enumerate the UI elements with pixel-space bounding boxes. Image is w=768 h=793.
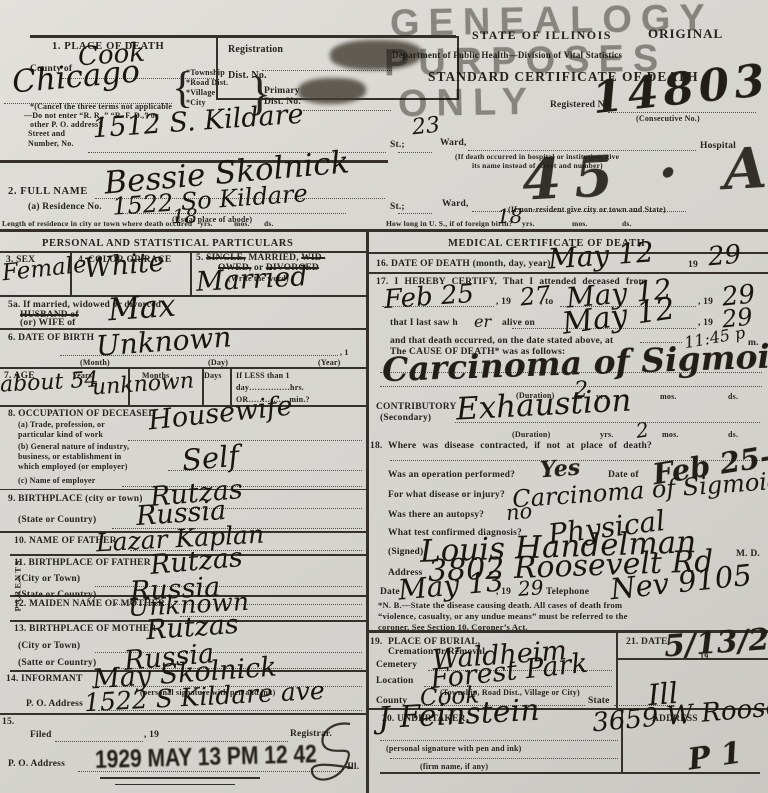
father-birthplace-label: 11. BIRTHPLACE OF FATHER	[14, 558, 151, 568]
city-value: Chicago	[11, 56, 141, 98]
attended-to-19: , 19	[698, 297, 713, 307]
date-of-death-value: May 12	[547, 238, 654, 273]
burial-date-19: 19	[700, 652, 708, 661]
where-contracted-no: 18.	[370, 441, 382, 451]
contributory-duration-mos-value: 2	[635, 419, 650, 441]
contributory-value: Exhaustion	[455, 385, 632, 425]
rule	[0, 713, 366, 715]
genealogy-stamp-line3: ONLY	[398, 81, 537, 126]
autopsy-value: no	[505, 501, 533, 524]
date-of-death-19: 19	[688, 260, 698, 270]
us-length-label: How long in U. S., if of foreign birth?	[386, 219, 513, 228]
father-city-note: (City or Town)	[18, 574, 80, 584]
filed-no: 15.	[2, 717, 14, 727]
occupation-b1: (b) General nature of industry,	[18, 442, 129, 451]
mother-country-note: (Satte or Country)	[18, 658, 96, 668]
genealogy-stamp-line2: PURPOSES	[384, 38, 668, 86]
occupation-b2: business, or establishment in	[18, 452, 121, 461]
burial-date-label: 21. DATE	[626, 637, 668, 647]
nb-note-3: coroner. See Section 10, Coroner’s Act.	[378, 622, 528, 632]
where-contracted-label: Where was disease contracted, if not at …	[388, 441, 652, 451]
last-saw-19: , 19	[698, 318, 713, 328]
date-of-death-year: 29	[707, 242, 742, 271]
full-name-label: 2. FULL NAME	[8, 186, 88, 197]
nb-note-2: “violence, casualty, or any undue means”…	[378, 611, 628, 621]
less-than-note2: day……………hrs.	[236, 383, 304, 392]
death-certificate-document: 1. PLACE OF DEATH Registration Dist. No.…	[0, 0, 768, 793]
nonresident-note: (If non-resident give city or town and S…	[508, 205, 666, 214]
residence-length-label: Length of residence in city or town wher…	[2, 219, 192, 228]
ward-label-2: Ward,	[442, 199, 469, 209]
residence-length-value: 18	[172, 206, 197, 226]
street-label-1: Street and	[28, 129, 65, 138]
rule	[0, 295, 366, 297]
attended-from-19: , 19	[496, 297, 511, 307]
rule	[0, 229, 768, 232]
marital-no: 5.	[196, 253, 204, 263]
informant-po-label: P. O. Address	[26, 699, 83, 709]
occupation-label: 8. OCCUPATION OF DECEASED	[8, 409, 155, 419]
age-value: about 54	[0, 369, 99, 396]
contributory-label2: (Secondary)	[380, 413, 431, 423]
nb-note-1: *N. B.—State the disease causing death. …	[378, 600, 622, 610]
undertaker-mark: P 1	[686, 738, 744, 775]
duration2-ds: ds.	[728, 430, 738, 439]
contributory-label1: CONTRIBUTORY	[376, 402, 457, 412]
days-label: Days	[204, 371, 222, 380]
to-label: , to	[540, 297, 553, 307]
burial-location-label: Location	[376, 676, 414, 686]
ds-label: ds.	[264, 219, 274, 228]
st-label-2: St.;	[390, 202, 405, 212]
dotted-line	[398, 213, 432, 214]
dotted-line	[380, 740, 618, 741]
autopsy-label: Was there an autopsy?	[388, 510, 484, 520]
marital-value: Married	[195, 263, 308, 296]
last-saw-label2: alive on	[502, 318, 535, 328]
race-value: White	[83, 249, 166, 283]
disease-injury-label: For what disease or injury?	[388, 490, 505, 500]
cemetery-label: Cemetery	[376, 660, 417, 670]
duration2-mos: mos.	[662, 430, 679, 439]
last-saw-er: er	[474, 314, 491, 330]
filed-po-label: P. O. Address	[8, 759, 65, 769]
rule	[115, 784, 235, 785]
operation-label: Was an operation performed?	[388, 470, 515, 480]
month-note: (Month)	[80, 358, 110, 367]
filed-label: Filed	[30, 730, 52, 740]
dob-one: , 1	[340, 348, 349, 357]
occupation-b3: which employed (or employer)	[18, 462, 128, 471]
telephone-label: Telephone	[546, 587, 589, 597]
birthplace-label: 9. BIRTHPLACE (city or town)	[8, 494, 143, 504]
burial-no: 19.	[370, 637, 382, 647]
dotted-line	[55, 741, 143, 742]
township-option: *Township	[186, 68, 225, 77]
day-note: (Day)	[208, 358, 228, 367]
undertaker-signature: J Feinstein	[377, 696, 540, 734]
date-of-death-label: 16. DATE OF DEATH (month, day, year)	[376, 259, 551, 269]
burial-date-value: 5/13/29	[663, 624, 768, 663]
residence-label: (a) Residence No.	[28, 202, 102, 212]
occupation-value: Housewife	[147, 393, 294, 435]
duration2-label: (Duration)	[512, 430, 550, 439]
informant-label: 14. INFORMANT	[6, 674, 83, 684]
burial-state-label: State	[588, 696, 610, 706]
us-length-value: 18	[497, 206, 522, 226]
birthplace-country-label: (State or Country)	[18, 515, 96, 525]
rule	[190, 252, 192, 295]
mother-city-note: (City or Town)	[18, 641, 80, 651]
consecutive-note: (Consecutive No.)	[636, 114, 700, 123]
mos-label: mos.	[234, 219, 250, 228]
received-date-stamp: 1929 MAY 13 PM 12 42	[95, 741, 318, 776]
dotted-line	[262, 70, 392, 71]
parents-side-label: PARENTS	[13, 558, 23, 611]
registration-label: Registration	[228, 44, 283, 55]
dob-label: 6. DATE OF BIRTH	[8, 333, 94, 343]
primary-label: Primary	[264, 86, 300, 96]
duration1-mos: mos.	[660, 392, 677, 401]
st-label: St.;	[390, 140, 405, 150]
dotted-line	[128, 440, 362, 441]
occupation-a2: particular kind of work	[18, 430, 103, 439]
case-mark: 45 · A	[521, 139, 768, 208]
undertaker-signature-note: (personal signature with pen and ink)	[386, 744, 522, 753]
ward-label: Ward,	[440, 138, 467, 148]
rule	[100, 777, 260, 779]
less-than-note1: If LESS than 1	[236, 371, 290, 380]
signed-date-value: May 13	[397, 567, 505, 604]
age-months-value: unknown	[91, 370, 194, 399]
yrs-label: yrs.	[200, 219, 213, 228]
personal-section-title: PERSONAL AND STATISTICAL PARTICULARS	[42, 238, 293, 249]
signed-date-label: Date	[380, 587, 400, 597]
rule	[616, 632, 618, 708]
duration1-ds: ds.	[728, 392, 738, 401]
operation-value: Yes	[539, 457, 581, 482]
dotted-line	[303, 110, 391, 111]
signed-label: (Signed)	[388, 547, 423, 557]
mos-label-2: mos.	[572, 219, 588, 228]
last-saw-label1: that I last saw h	[390, 318, 458, 328]
dotted-line	[390, 758, 618, 759]
undertaker-firm-note: (firm name, if any)	[420, 762, 488, 771]
duration2-yrs: yrs.	[600, 430, 613, 439]
mother-birthplace-label: 13. BIRTHPLACE OF MOTHER	[14, 624, 156, 634]
wife-of-label: (or) WIFE of	[20, 318, 76, 328]
street-label-2: Number, No.	[28, 139, 74, 148]
spouse-value: Max	[107, 291, 177, 327]
registrar-signature-flourish	[308, 718, 368, 788]
occupation-a1: (a) Trade, profession, or	[18, 420, 105, 429]
signed-date-19: , 19	[496, 587, 511, 597]
marital-single: SINGLE,	[206, 253, 246, 263]
attended-from-value: Feb 25	[383, 281, 475, 313]
road-dist-option: *Road Dist.	[186, 78, 228, 87]
dotted-line	[398, 152, 432, 153]
filed-19: , 19	[144, 730, 159, 740]
employer-nature-value: Self	[181, 442, 240, 476]
signed-date-year: 29	[517, 577, 544, 599]
sex-value: Female	[1, 254, 88, 286]
primary-district-stamp	[298, 78, 366, 104]
yrs-label-2: yrs.	[522, 219, 535, 228]
ds-label-2: ds.	[622, 219, 632, 228]
village-option: *Village	[186, 88, 215, 97]
year-note: (Year)	[318, 358, 341, 367]
occupation-c: (c) Name of employer	[18, 476, 96, 485]
